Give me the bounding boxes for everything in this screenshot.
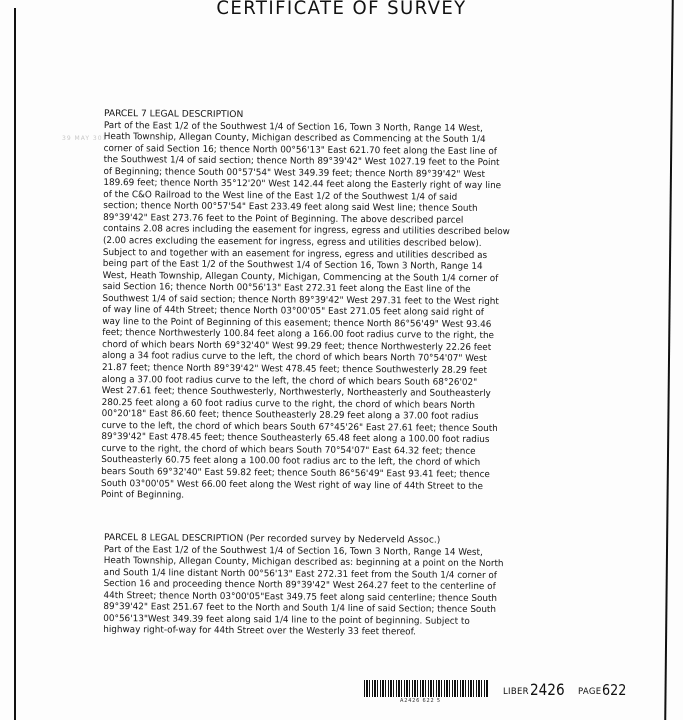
barcode-icon xyxy=(364,680,488,697)
faint-recording-stamp: 39 MAY 301 xyxy=(62,135,107,142)
parcel-8-body: Part of the East 1/2 of the Southwest 1/… xyxy=(103,545,594,641)
right-border-line xyxy=(664,0,673,720)
scanned-document-page: CERTIFICATE OF SURVEY 39 MAY 301 PARCEL … xyxy=(0,0,683,720)
barcode-number: A2426 622 5 xyxy=(400,698,441,704)
parcel-8-legal-description: PARCEL 8 LEGAL DESCRIPTION (Per recorded… xyxy=(103,533,594,641)
description-line: Point of Beginning. xyxy=(101,490,576,505)
page-label: PAGE xyxy=(578,687,601,697)
description-line: highway right-of-way for 44th Street ove… xyxy=(103,625,578,640)
liber-number: 2426 xyxy=(530,680,565,699)
page-number: 622 xyxy=(602,681,626,699)
liber-label: LIBER xyxy=(503,687,529,697)
parcel-7-legal-description: PARCEL 7 LEGAL DESCRIPTION Part of the E… xyxy=(101,109,594,505)
parcel-7-body: Part of the East 1/2 of the Southwest 1/… xyxy=(101,121,594,506)
left-border-line xyxy=(14,8,16,720)
document-title: CERTIFICATE OF SURVEY xyxy=(17,0,666,19)
